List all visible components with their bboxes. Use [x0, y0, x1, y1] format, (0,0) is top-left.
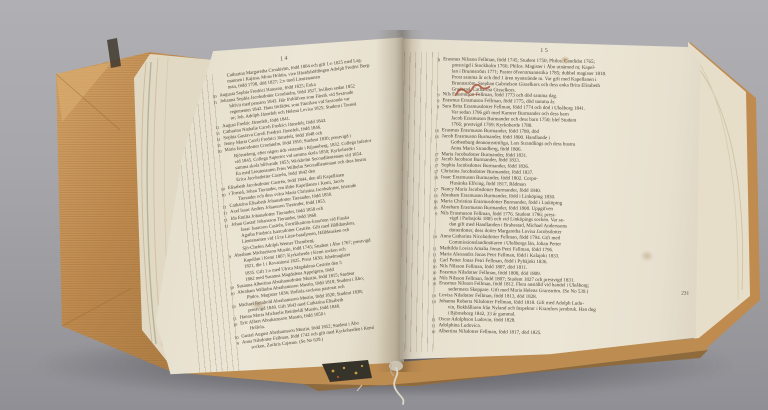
book-foreground-details — [0, 0, 768, 410]
marbled-paper-fragment — [322, 360, 372, 382]
photo-scene: 14 Catharina Margaretha Cronhielm, född … — [0, 0, 768, 410]
binding-thread — [394, 368, 403, 404]
